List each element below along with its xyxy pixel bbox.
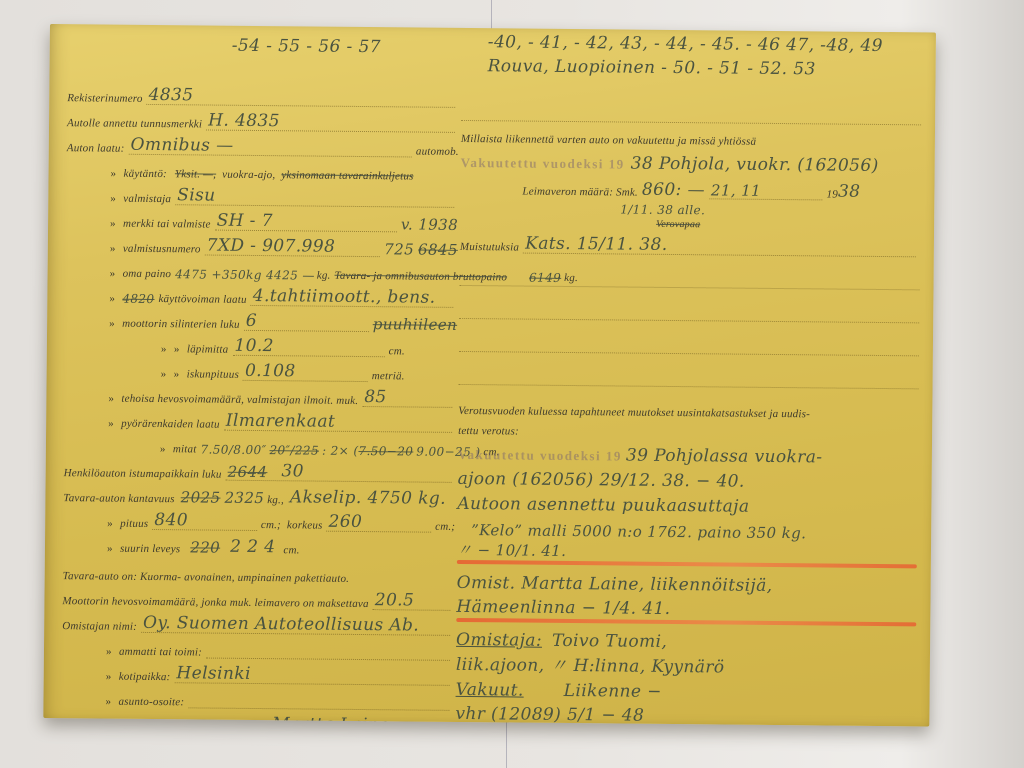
blank-dotted-line [459,286,919,323]
bullet-glyph: » [111,168,124,180]
kayttovoima-struck: puuhiileen [373,317,458,333]
muistutuksia-value: Kats. 15/11. 38. [525,236,668,254]
right-column: Millaista liikennettä varten auto on vak… [455,28,922,727]
leimavero-value: 860: — [642,182,705,200]
bullet-glyph: » [110,268,123,280]
omist1-line2: Hämeenlinna − 1/4. 41. [456,592,916,620]
bullet-glyph: » [109,293,122,305]
istumapaikat-value: 30 [281,463,304,480]
kaytanto-option: vuokra-ajo, [222,169,275,182]
omistaja-label-underlined: Omistaja: [456,632,542,650]
bullet-glyph: » [110,193,123,205]
haltija-value: Martta Laine, [272,716,396,726]
pituus-value: 840 [154,512,188,529]
blank-dotted-line [459,319,919,356]
field-mitat: » mitat 7.50/8.00″ 20″/225 : 2× ( 7.50−2… [158,430,458,458]
left-column: Rekisterinumero 4835 Autolle annettu tun… [59,24,462,726]
field-valmistaja: » valmistaja Sisu [108,180,460,208]
akselipaino-note: Akselip. 4750 kg. [290,489,446,507]
leveys-value: 2 2 4 [230,539,275,556]
bullet-glyph: » [108,418,121,430]
field-istumapaikat: Henkilöauton istumapaikkain luku 2644 30 [62,454,458,483]
field-omistajan-nimi: Omistajan nimi: Oy. Suomen Autoteollisuu… [60,607,456,636]
bullet-glyph: » [161,368,174,380]
field-kaytanto: » käytäntö: Yksit. —, vuokra-ajo, yksino… [109,155,461,183]
insurance-stamp: Vakuutettu vuodeksi 19 [458,447,622,465]
field-lapimitta: » » läpimitta 10.2 cm. [159,330,459,358]
bullet-glyph: » [174,343,187,355]
oma-paino-old-struck: 4820 [122,293,154,305]
omistaja2-name: Toivo Tuomi, [552,633,667,651]
bullet-glyph: » [110,218,123,230]
registration-card: -54 - 55 - 56 - 57 -40, - 41, - 42, 43, … [43,24,936,726]
merkki-year: v. 1938 [401,217,458,233]
valmistusnumero-extra: 725 [384,242,414,257]
field-oma-paino: » oma paino 4475 +350kg 4425 — kg. Tavar… [108,255,460,283]
mitat-struck: 20″/225 [269,444,319,456]
field-leimavero-hv: Moottorin hevosvoimamäärä, jonka muk. le… [60,582,456,611]
field-asunto-osoite: » asunto-osoite: [103,683,455,711]
valmistusnumero-extra-struck: 6845 [418,243,458,258]
leimavero-hv-value: 20.5 [375,592,415,609]
field-leimaveron-maara: Leimaveron määrä: Smk. 860: — 21, 11 19 … [522,172,920,202]
bullet-glyph: » [105,696,118,708]
merkki-value: SH - 7 [217,213,273,231]
omist2-line4: vhr (12089) 5/1 − 48 [455,699,915,727]
bullet-glyph: » [161,343,174,355]
blank-dotted-line [459,352,919,389]
muutokset-hw5: 〃 − 10/1. 41. [457,538,917,562]
bullet-glyph: » [174,368,187,380]
field-valmistusnumero: » valmistusnumero 7XD - 907.998 725 6845 [108,230,460,258]
valmistusnumero-value: 7XD - 907.998 [207,238,336,256]
oma-paino-value: 4475 +350kg 4425 — [175,268,315,281]
muutokset-heading-1: Verotusvuoden kuluessa tapahtuneet muuto… [458,385,918,421]
field-renkaat: » pyörärenkaiden laatu Ilmarenkaat [106,405,458,433]
kaytanto-option-struck: Yksit. —, [175,168,216,180]
bullet-glyph: » [160,443,173,455]
insurance-stamp: Vakuutettu vuodeksi 19 [461,155,625,173]
field-merkki: » merkki tai valmiste SH - 7 v. 1938 [108,205,460,233]
blank-dotted-line [460,253,920,290]
field-tunnusmerkki: Autolle annettu tunnusmerkki H. 4835 [65,104,461,133]
tunnusmerkki-value: H. 4835 [208,113,280,131]
bullet-glyph: » [106,671,119,683]
iskunpituus-value: 0.108 [245,363,296,380]
valmistaja-value: Sisu [177,187,216,204]
photo-crease-bottom [506,722,507,768]
omistajan-nimi-value: Oy. Suomen Autoteollisuus Ab. [143,615,419,635]
silinterit-value: 6 [246,313,257,330]
lapimitta-value: 10.2 [234,338,274,355]
leimavero-year: 38 [838,184,861,201]
field-auton-laatu: Auton laatu: Omnibus — automob. [65,129,461,158]
kotipaikka-value: Helsinki [176,665,251,683]
bullet-glyph: » [110,243,123,255]
bullet-glyph: » [107,518,120,530]
field-hevosvoima: » tehoisa hevosvoimamäärä, valmistajan i… [106,380,458,408]
istumapaikat-struck: 2644 [228,465,268,480]
muutokset-hw1: 39 Pohjolassa vuokra- [626,448,823,467]
mitat-fraction: 7.50/8.00″ [200,443,266,456]
field-rekisterinumero: Rekisterinumero 4835 [65,56,461,108]
bullet-glyph: » [109,318,122,330]
rekisterinumero-value: 4835 [149,87,194,104]
field-ammatti: » ammatti tai toimi: [104,633,456,661]
bullet-glyph: » [108,393,121,405]
field-iskunpituus: » » iskunpituus 0.108 metriä. [159,355,459,383]
kayttovoima-value: 4.tahtiimoott., bens. [253,288,436,307]
field-silinterit: » moottorin silinterien luku 6 puuhiilee… [107,305,459,333]
korkeus-value: 260 [329,514,363,531]
field-leveys: » suurin leveys 220 2 2 4 cm. [105,530,457,558]
kantavuus-struck: 2025 [181,490,221,505]
kaytanto-option-struck2: yksinomaan tavarainkuljetus [281,169,413,182]
field-tavara-auto-on: Tavara-auto on: Kuorma- avonainen, umpin… [61,554,457,586]
kantavuus-value: 2325 [224,491,264,506]
field-kantavuus: Tavara-auton kantavuus 2025 2325 kg., Ak… [61,479,457,508]
leveys-struck: 220 [190,540,220,555]
leimavero-date: 21, 11 [711,183,761,198]
bullet-glyph: » [106,646,119,658]
hevosvoima-value: 85 [364,389,387,406]
field-kayttovoima: » 4820 käyttövoiman laatu 4.tahtiimoott.… [107,280,459,308]
bullet-glyph: » [107,543,120,555]
renkaat-value: Ilmarenkaat [226,413,336,431]
field-pituus: » pituus 840 cm.; korkeus 260 cm.; [105,505,457,533]
field-kotipaikka: » kotipaikka: Helsinki [104,658,456,686]
mitat-struck2: 7.50−20 [358,445,413,458]
laatu-value: Omnibus — [130,137,233,155]
